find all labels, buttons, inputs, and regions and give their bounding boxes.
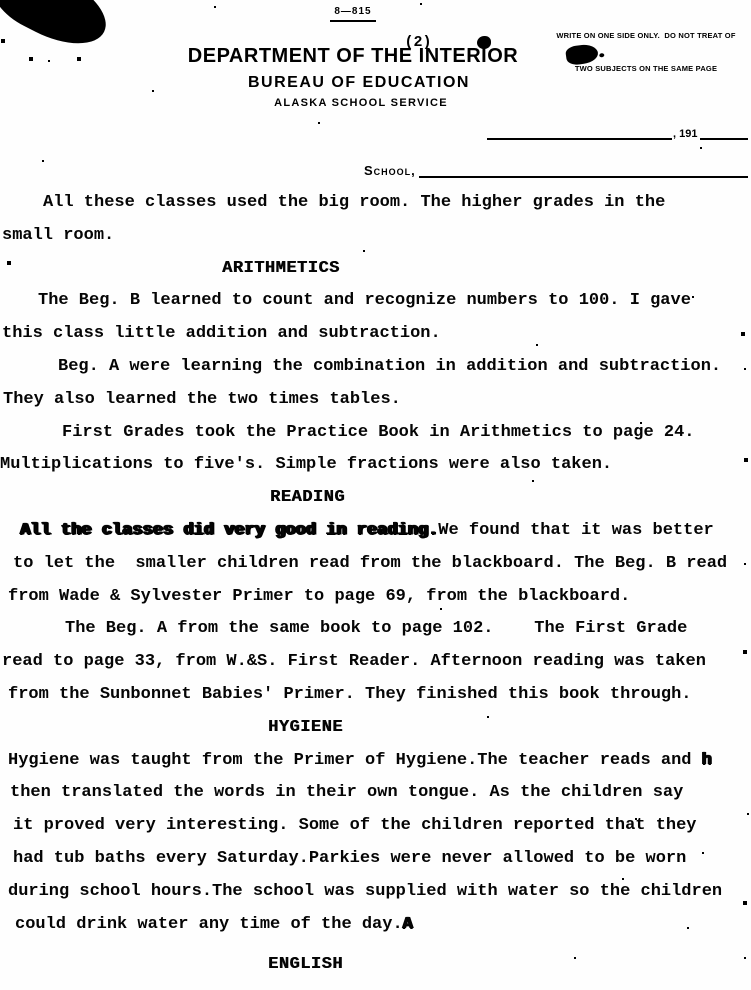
document-line: then translated the words in their own t… (0, 777, 751, 810)
line-text: could drink water any time of the day. (15, 915, 403, 934)
overstruck-text: All the classes did very good in reading… (20, 521, 438, 540)
line-text: from the Sunbonnet Babies' Primer. They … (8, 685, 692, 704)
line-text: ENGLISH (268, 955, 343, 974)
document-line: had tub baths every Saturday.Parkies wer… (0, 843, 751, 876)
form-number: 8—815 (330, 6, 376, 22)
document-line: The Beg. B learned to count and recogniz… (0, 285, 751, 318)
line-text: read to page 33, from W.&S. First Reader… (2, 652, 706, 671)
line-text: The Beg. B learned to count and recogniz… (38, 291, 691, 310)
document-line: Beg. A were learning the combination in … (0, 351, 751, 384)
line-text: Hygiene was taught from the Primer of Hy… (8, 751, 702, 770)
document-line: Multiplications to five's. Simple fracti… (0, 449, 751, 482)
section-heading: HYGIENE (0, 712, 751, 745)
line-text: Beg. A were learning the combination in … (58, 357, 721, 376)
document-line: small room. (0, 220, 751, 253)
document-line: this class little addition and subtracti… (0, 318, 751, 351)
date-year-blank (700, 138, 748, 140)
service-title: ALASKA SCHOOL SERVICE (0, 97, 722, 109)
department-title: DEPARTMENT OF THE INTERIOR (0, 45, 706, 68)
document-line: All the classes did very good in reading… (0, 515, 751, 548)
date-year-prefix: , 191 (672, 128, 700, 140)
school-blank-line (419, 176, 748, 178)
line-text: small room. (2, 226, 114, 245)
line-text: They also learned the two times tables. (3, 390, 401, 409)
document-line: from the Sunbonnet Babies' Primer. They … (0, 679, 751, 712)
school-line: School, (364, 161, 748, 178)
line-text: HYGIENE (268, 718, 343, 737)
scanned-document-page: 8—815 WRITE ON ONE SIDE ONLY. DO NOT TRE… (0, 0, 751, 990)
document-line: from Wade & Sylvester Primer to page 69,… (0, 581, 751, 614)
date-blank-line (487, 138, 672, 140)
section-heading: ARITHMETICS (0, 253, 751, 286)
line-text: Multiplications to five's. Simple fracti… (0, 455, 612, 474)
line-text: during school hours.The school was suppl… (8, 882, 722, 901)
line-text: We found that it was better (438, 521, 713, 540)
line-text: it proved very interesting. Some of the … (13, 816, 697, 835)
line-text: ARITHMETICS (222, 259, 340, 278)
line-text: then translated the words in their own t… (10, 783, 683, 802)
document-body: All these classes used the big room. The… (0, 187, 751, 982)
line-text: The Beg. A from the same book to page 10… (65, 619, 687, 638)
document-line: First Grades took the Practice Book in A… (0, 417, 751, 450)
document-line: The Beg. A from the same book to page 10… (0, 613, 751, 646)
overstruck-character: h (702, 751, 712, 770)
document-line: read to page 33, from W.&S. First Reader… (0, 646, 751, 679)
document-line: it proved very interesting. Some of the … (0, 810, 751, 843)
document-line: Hygiene was taught from the Primer of Hy… (0, 745, 751, 778)
document-line: during school hours.The school was suppl… (0, 876, 751, 909)
line-text: First Grades took the Practice Book in A… (62, 423, 695, 442)
line-text: from Wade & Sylvester Primer to page 69,… (8, 587, 630, 606)
overstruck-character: A (403, 915, 413, 934)
school-label: School, (364, 164, 419, 178)
document-line: to let the smaller children read from th… (0, 548, 751, 581)
section-heading: READING (0, 482, 751, 515)
line-text: had tub baths every Saturday.Parkies wer… (13, 849, 686, 868)
line-text: to let the smaller children read from th… (13, 554, 727, 573)
bureau-title: BUREAU OF EDUCATION (0, 74, 718, 92)
document-line: They also learned the two times tables. (0, 384, 751, 417)
line-text: this class little addition and subtracti… (2, 324, 441, 343)
line-text: All these classes used the big room. The… (43, 193, 665, 212)
section-heading: ENGLISH (0, 949, 751, 982)
ink-specks (0, 0, 2, 2)
line-text: READING (270, 488, 345, 507)
date-line: , 191 (487, 126, 748, 140)
document-line: All these classes used the big room. The… (0, 187, 751, 220)
document-line: could drink water any time of the day.A (0, 909, 751, 942)
